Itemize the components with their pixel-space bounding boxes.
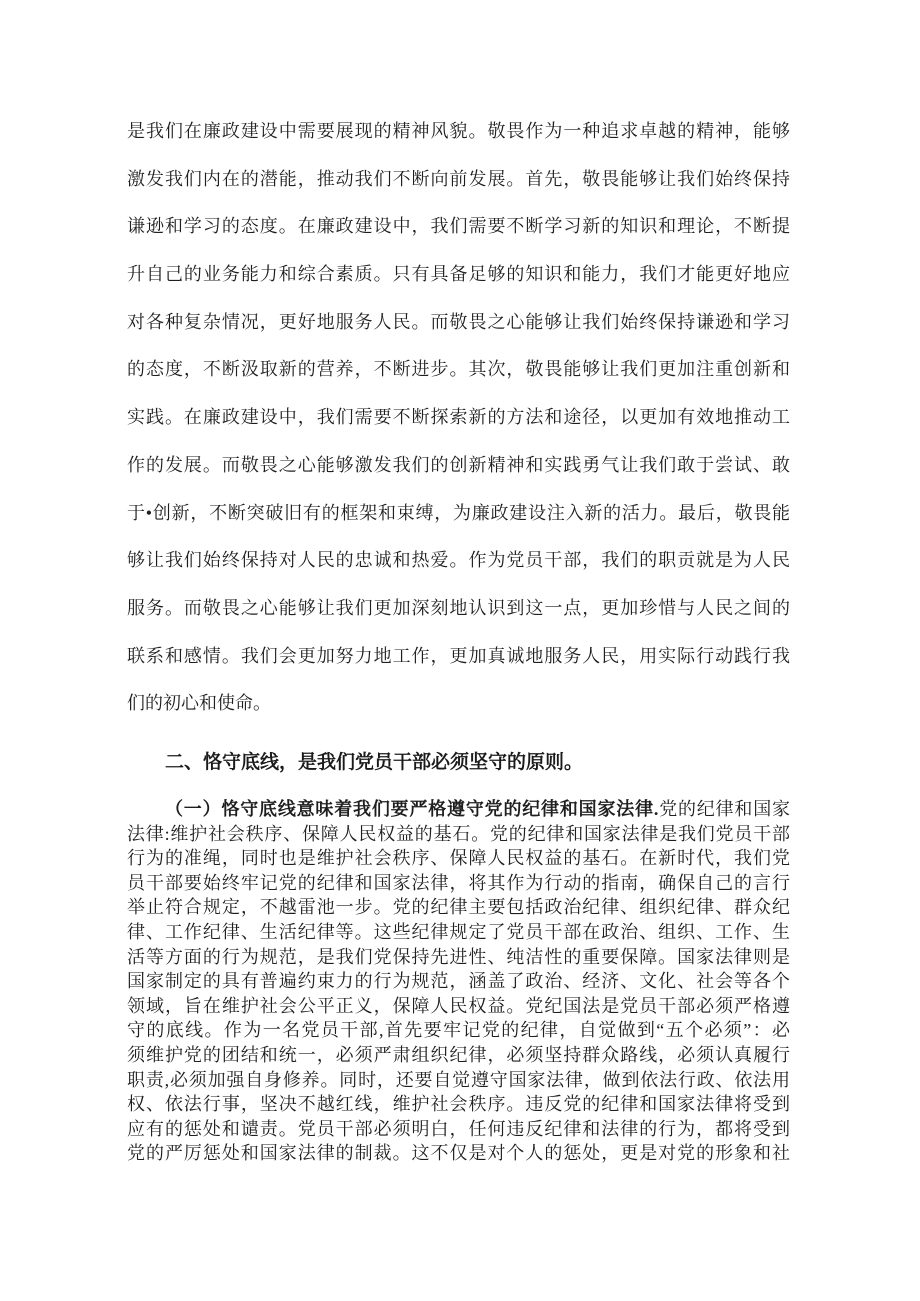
subsection-first-line: （一）恪守底线意味着我们要严格遵守党的纪律和国家法律.党的纪律和国家 <box>127 797 790 822</box>
text-line: 员干部要始终牢记党的纪律和国家法律，将其作为行动的指南，确保自己的言行 <box>127 871 790 896</box>
continued-paragraph-lines: 是我们在廉政建设中需要展现的精神风貌。敬畏作为一种追求卓越的精神，能够激发我们内… <box>127 108 790 728</box>
text-line: 服务。而敬畏之心能够让我们更加深刻地认识到这一点，更加珍惜与人民之间的 <box>127 585 790 633</box>
document-page: 是我们在廉政建设中需要展现的精神风貌。敬畏作为一种追求卓越的精神，能够激发我们内… <box>0 0 920 1301</box>
subsection-lead-bold: （一）恪守底线意味着我们要严格遵守党的纪律和国家法律. <box>165 799 658 819</box>
text-line: 是我们在廉政建设中需要展现的精神风貌。敬畏作为一种追求卓越的精神，能够 <box>127 108 790 156</box>
text-line: 的态度，不断汲取新的营养，不断进步。其次，敬畏能够让我们更加注重创新和 <box>127 346 790 394</box>
text-line: 守的底线。作为一名党员干部,首先要牢记党的纪律，自觉做到“五个必须”：必 <box>127 1018 790 1043</box>
text-line: 国家制定的具有普遍约束力的行为规范，涵盖了政治、经济、文化、社会等各个 <box>127 969 790 994</box>
text-line: 于•创新，不断突破旧有的框架和束缚，为廉政建设注入新的活力。最后，敬畏能 <box>127 490 790 538</box>
text-line: 举止符合规定，不越雷池一步。党的纪律主要包括政治纪律、组织纪律、群众纪 <box>127 895 790 920</box>
text-line: 活等方面的行为规范，是我们党保持先进性、纯洁性的重要保障。国家法律则是 <box>127 945 790 970</box>
text-line: 升自己的业务能力和综合素质。只有具备足够的知识和能力，我们才能更好地应 <box>127 251 790 299</box>
text-line: 们的初心和使命。 <box>127 680 790 728</box>
text-line: 行为的准绳，同时也是维护社会秩序、保障人民权益的基石。在新时代，我们党 <box>127 846 790 871</box>
subsection-lines: 法律:维护社会秩序、保障人民权益的基石。党的纪律和国家法律是我们党员干部行为的准… <box>127 822 790 1166</box>
section-heading: 二、恪守底线，是我们党员干部必须坚守的原则。 <box>127 750 790 775</box>
subsection-paragraph: （一）恪守底线意味着我们要严格遵守党的纪律和国家法律.党的纪律和国家 法律:维护… <box>127 797 790 1166</box>
text-line: 作的发展。而敬畏之心能够激发我们的创新精神和实践勇气让我们敢于尝试、敢 <box>127 442 790 490</box>
text-line: 领域，旨在维护社会公平正义，保障人民权益。党纪国法是党员干部必须严格遵 <box>127 994 790 1019</box>
text-line: 实践。在廉政建设中，我们需要不断探索新的方法和途径，以更加有效地推动工 <box>127 394 790 442</box>
text-line: 激发我们内在的潜能，推动我们不断向前发展。首先，敬畏能够让我们始终保持 <box>127 156 790 204</box>
text-line: 够让我们始终保持对人民的忠诚和热爱。作为党员干部，我们的职贡就是为人民 <box>127 537 790 585</box>
text-line: 权、依法行事，坚决不越红线，维护社会秩序。违反党的纪律和国家法律将受到 <box>127 1092 790 1117</box>
text-line: 对各种复杂情况，更好地服务人民。而敬畏之心能够让我们始终保持谦逊和学习 <box>127 299 790 347</box>
text-line: 联系和感情。我们会更加努力地工作，更加真诚地服务人民，用实际行动践行我 <box>127 633 790 681</box>
text-line: 谦逊和学习的态度。在廉政建设中，我们需要不断学习新的知识和理论，不断提 <box>127 203 790 251</box>
text-line: 党的严厉惩处和国家法律的制裁。这不仅是对个人的惩处，更是对党的形象和社 <box>127 1141 790 1166</box>
text-line: 律、工作纪律、生活纪律等。这些纪律规定了党员干部在政治、组织、工作、生 <box>127 920 790 945</box>
text-line: 法律:维护社会秩序、保障人民权益的基石。党的纪律和国家法律是我们党员干部 <box>127 822 790 847</box>
text-line: 职责,必须加强自身修养。同时，还要自觉遵守国家法律，做到依法行政、依法用 <box>127 1068 790 1093</box>
continued-paragraph: 是我们在廉政建设中需要展现的精神风貌。敬畏作为一种追求卓越的精神，能够激发我们内… <box>127 108 790 728</box>
text-line: 须维护党的团结和统一，必须严肃组织纪律，必须坚持群众路线，必须认真履行 <box>127 1043 790 1068</box>
subsection-lead-rest: 党的纪律和国家 <box>658 799 790 819</box>
text-line: 应有的惩处和谴责。党员干部必须明白，任何违反纪律和法律的行为，都将受到 <box>127 1117 790 1142</box>
